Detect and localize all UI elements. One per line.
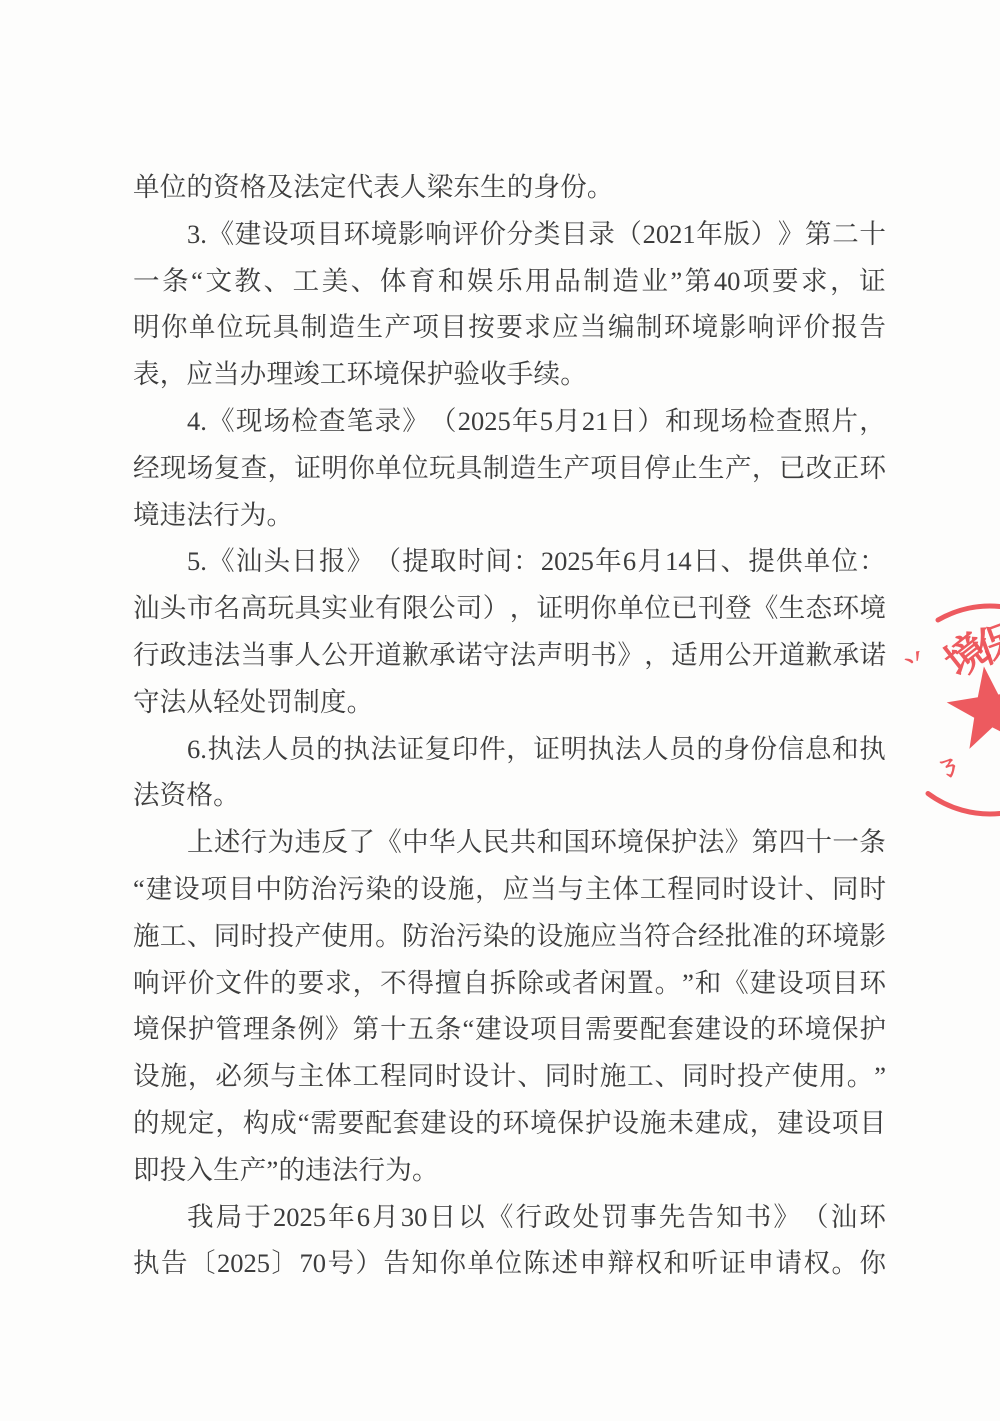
text-line: 3.《建设项目环境影响评价分类目录（2021年版）》第二十 xyxy=(133,211,886,258)
text-line: 汕头市名高玩具实业有限公司），证明你单位已刊登《生态环境 xyxy=(133,585,886,632)
document-lines: 单位的资格及法定代表人梁东生的身份。3.《建设项目环境影响评价分类目录（2021… xyxy=(133,164,886,1287)
text-line: 响评价文件的要求，不得擅自拆除或者闲置。”和《建设项目环 xyxy=(133,960,886,1007)
text-line: 的规定，构成“需要配套建设的环境保护设施未建成，建设项目 xyxy=(133,1100,886,1147)
official-seal: 境 保 丷 ㄋ xyxy=(875,585,1000,835)
text-line: 表，应当办理竣工环境保护验收手续。 xyxy=(133,351,886,398)
text-line: 施工、同时投产使用。防治污染的设施应当符合经批准的环境影 xyxy=(133,913,886,960)
seal-character: 境 xyxy=(930,617,999,689)
text-line: 单位的资格及法定代表人梁东生的身份。 xyxy=(133,164,886,211)
text-line: 守法从轻处罚制度。 xyxy=(133,679,886,726)
seal-character-fragment: 丷 xyxy=(894,636,933,678)
seal-character-fragment: ㄋ xyxy=(930,743,965,787)
seal-ring-and-star xyxy=(875,585,1000,835)
seal-character: 保 xyxy=(967,606,1000,675)
text-line: 行政违法当事人公开道歉承诺守法声明书》，适用公开道歉承诺 xyxy=(133,632,886,679)
text-line: 经现场复查，证明你单位玩具制造生产项目停止生产，已改正环 xyxy=(133,445,886,492)
text-line: 5.《汕头日报》（提取时间：2025年6月14日、提供单位： xyxy=(133,538,886,585)
text-line: “建设项目中防治污染的设施，应当与主体工程同时设计、同时 xyxy=(133,866,886,913)
seal-ring-top-arc xyxy=(938,606,1000,620)
text-line: 明你单位玩具制造生产项目按要求应当编制环境影响评价报告 xyxy=(133,304,886,351)
star-icon xyxy=(947,666,1000,749)
text-line: 境保护管理条例》第十五条“建设项目需要配套建设的环境保护 xyxy=(133,1006,886,1053)
text-line: 设施，必须与主体工程同时设计、同时施工、同时投产使用。” xyxy=(133,1053,886,1100)
text-line: 境违法行为。 xyxy=(133,492,886,539)
document-page: 单位的资格及法定代表人梁东生的身份。3.《建设项目环境影响评价分类目录（2021… xyxy=(0,0,1000,1421)
seal-ring-bottom-arc xyxy=(928,794,1000,814)
text-line: 我局于2025年6月30日以《行政处罚事先告知书》（汕环 xyxy=(133,1194,886,1241)
text-line: 上述行为违反了《中华人民共和国环境保护法》第四十一条 xyxy=(133,819,886,866)
text-line: 即投入生产”的违法行为。 xyxy=(133,1147,886,1194)
text-line: 6.执法人员的执法证复印件，证明执法人员的身份信息和执 xyxy=(133,726,886,773)
text-line: 4.《现场检查笔录》（2025年5月21日）和现场检查照片， xyxy=(133,398,886,445)
text-line: 法资格。 xyxy=(133,772,886,819)
text-line: 执告〔2025〕70号）告知你单位陈述申辩权和听证申请权。你 xyxy=(133,1240,886,1287)
text-line: 一条“文教、工美、体育和娱乐用品制造业”第40项要求，证 xyxy=(133,258,886,305)
